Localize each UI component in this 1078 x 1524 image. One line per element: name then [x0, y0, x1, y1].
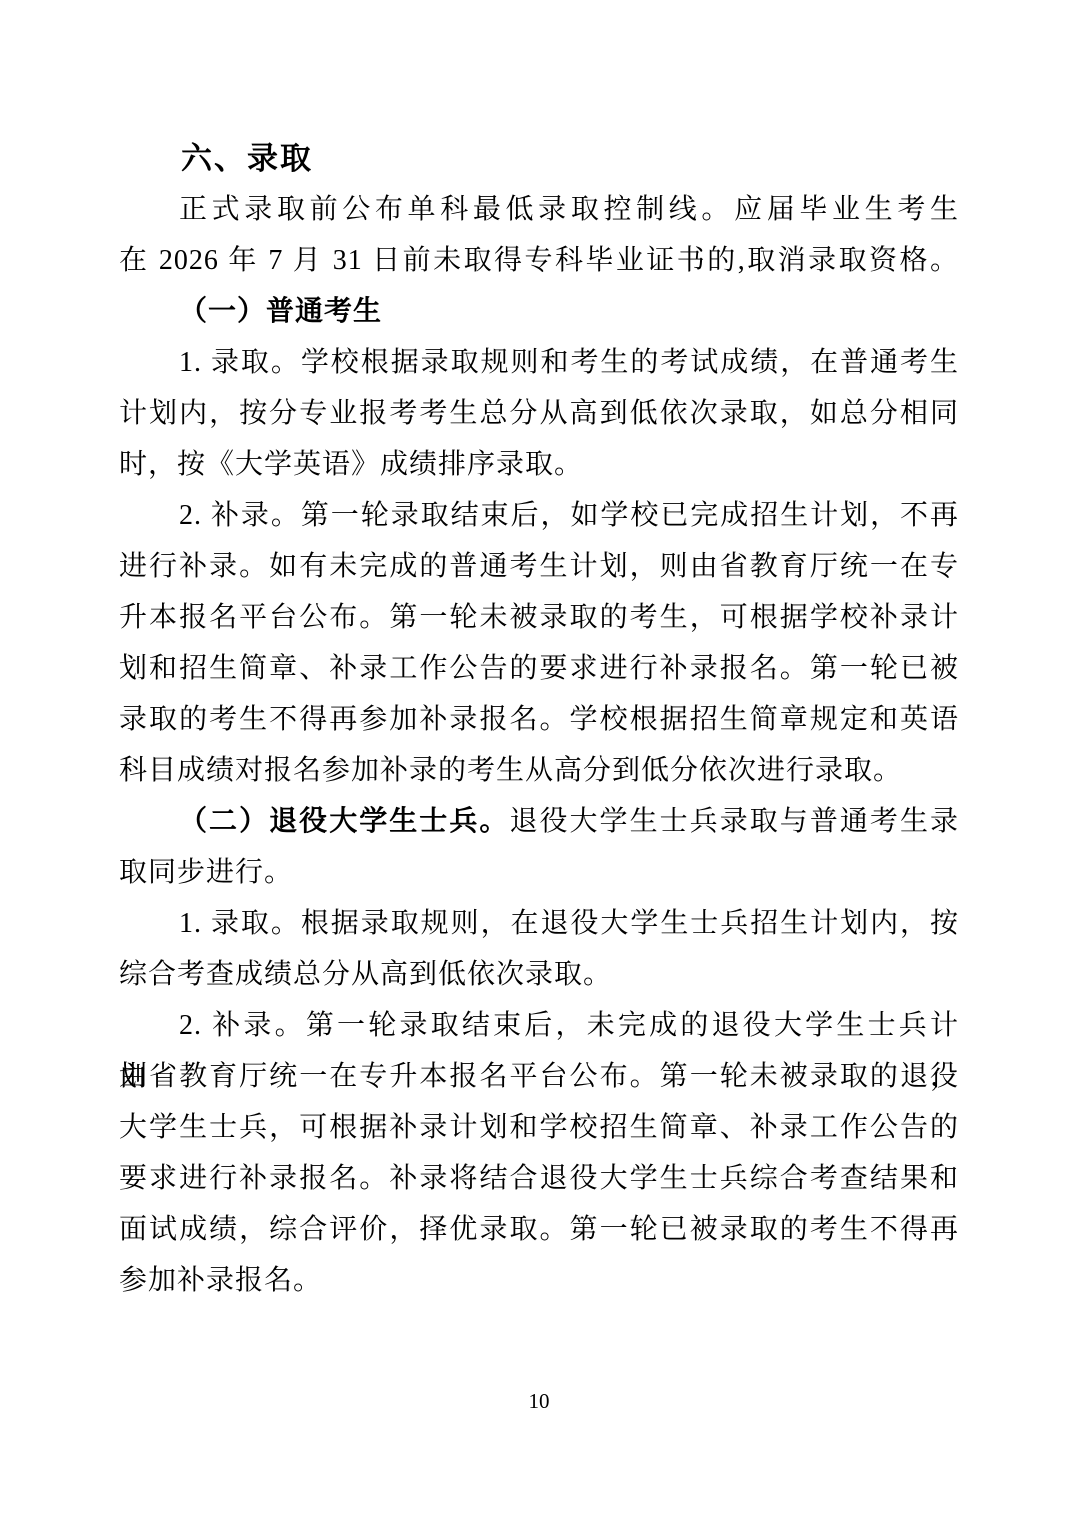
sub1-item1-line: 计划内，按分专业报考考生总分从高到低依次录取，如总分相同	[119, 388, 959, 439]
sub1-item1-line: 时，按《大学英语》成绩排序录取。	[119, 439, 959, 490]
page-number: 10	[0, 1386, 1078, 1416]
subsection-1-heading: （一）普通考生	[119, 286, 959, 337]
sub2-item2-line: 参加补录报名。	[119, 1255, 959, 1306]
sub2-item1-line: 综合考查成绩总分从高到低依次录取。	[119, 949, 959, 1000]
sub1-item2-line: 升本报名平台公布。第一轮未被录取的考生，可根据学校补录计	[119, 592, 959, 643]
subsection-2-heading-continuation: 退役大学生士兵录取与普通考生录	[509, 806, 959, 837]
sub1-item2-line: 录取的考生不得再参加补录报名。学校根据招生简章规定和英语	[119, 694, 959, 745]
subsection-2-heading: （二）退役大学生士兵。	[179, 806, 509, 837]
document-page: 六、录取 正式录取前公布单科最低录取控制线。应届毕业生考生 在 2026 年 7…	[0, 0, 1078, 1524]
sub2-item2-line: 要求进行补录报名。补录将结合退役大学生士兵综合考查结果和	[119, 1153, 959, 1204]
sub2-item1-line: 1. 录取。根据录取规则，在退役大学生士兵招生计划内，按	[119, 898, 959, 949]
sub1-item2-line: 划和招生简章、补录工作公告的要求进行补录报名。第一轮已被	[119, 643, 959, 694]
sub2-item2-line: 由省教育厅统一在专升本报名平台公布。第一轮未被录取的退役	[119, 1051, 959, 1102]
subsection-2-heading-line: 取同步进行。	[119, 847, 959, 898]
sub2-item2-line: 大学生士兵，可根据补录计划和学校招生简章、补录工作公告的	[119, 1102, 959, 1153]
sub2-item2-line: 面试成绩，综合评价，择优录取。第一轮已被录取的考生不得再	[119, 1204, 959, 1255]
sub1-item1-line: 1. 录取。学校根据录取规则和考生的考试成绩，在普通考生	[119, 337, 959, 388]
section-heading: 六、录取	[119, 133, 959, 184]
sub2-item2-line: 2. 补录。第一轮录取结束后，未完成的退役大学生士兵计划，	[119, 1000, 959, 1051]
sub1-item2-line: 2. 补录。第一轮录取结束后，如学校已完成招生计划，不再	[119, 490, 959, 541]
sub1-item2-line: 进行补录。如有未完成的普通考生计划，则由省教育厅统一在专	[119, 541, 959, 592]
intro-paragraph-line: 在 2026 年 7 月 31 日前未取得专科毕业证书的,取消录取资格。	[119, 235, 959, 286]
intro-paragraph-line: 正式录取前公布单科最低录取控制线。应届毕业生考生	[119, 184, 959, 235]
sub1-item2-line: 科目成绩对报名参加补录的考生从高分到低分依次进行录取。	[119, 745, 959, 796]
subsection-2-heading-line: （二）退役大学生士兵。退役大学生士兵录取与普通考生录	[119, 796, 959, 847]
document-text-block: 六、录取 正式录取前公布单科最低录取控制线。应届毕业生考生 在 2026 年 7…	[119, 133, 959, 1306]
